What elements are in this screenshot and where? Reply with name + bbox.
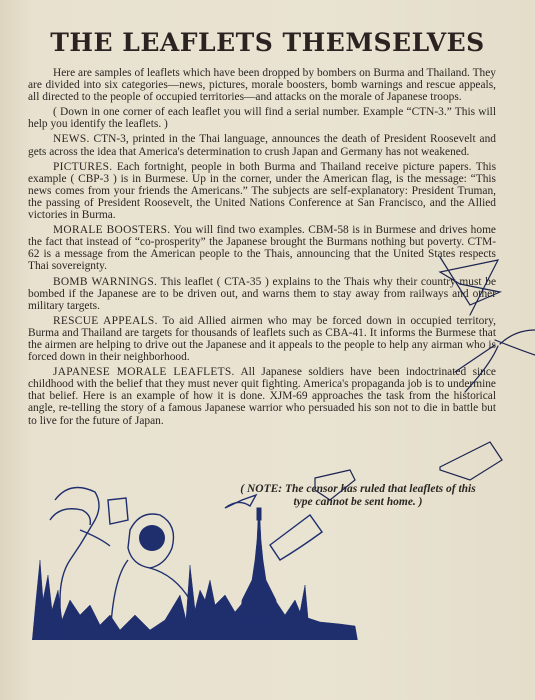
paragraph-intro: Here are samples of leaflets which have … (28, 67, 496, 103)
page-title: THE LEAFLETS THEMSELVES (0, 28, 535, 57)
paragraph-morale-boosters: MORALE BOOSTERS. You will find two examp… (28, 224, 496, 272)
paragraph-text: ( Down in one corner of each leaflet you… (28, 106, 496, 130)
leaflet-held-icon (108, 498, 128, 524)
pagoda-icon (240, 520, 278, 620)
section-lead: RESCUE APPEALS. (53, 315, 158, 327)
section-lead: NEWS. (53, 133, 90, 145)
jungle-silhouette-icon (32, 560, 358, 640)
body-text: Here are samples of leaflets which have … (28, 67, 496, 430)
paragraph-japanese-morale: JAPANESE MORALE LEAFLETS. All Japanese s… (28, 366, 496, 426)
paragraph-pictures: PICTURES. Each fortnight, people in both… (28, 161, 496, 221)
paragraph-rescue-appeals: RESCUE APPEALS. To aid Allied airmen who… (28, 315, 496, 363)
section-lead: PICTURES. (53, 161, 112, 173)
leaflet-floating-icon (270, 515, 322, 560)
illustration (0, 480, 535, 640)
paragraph-text: Here are samples of leaflets which have … (28, 67, 496, 103)
section-lead: BOMB WARNINGS. (53, 276, 157, 288)
paragraph-news: NEWS. CTN-3, printed in the Thai languag… (28, 133, 496, 157)
document-page: THE LEAFLETS THEMSELVES Here are samples… (0, 0, 535, 700)
leaflet-floating-icon (225, 495, 256, 508)
section-lead: JAPANESE MORALE LEAFLETS. (53, 366, 235, 378)
paragraph-serial-note: ( Down in one corner of each leaflet you… (28, 106, 496, 130)
paragraph-text: CTN-3, printed in the Thai language, ann… (28, 133, 496, 157)
paragraph-bomb-warnings: BOMB WARNINGS. This leaflet ( CTA-35 ) e… (28, 276, 496, 312)
pen-scribble-icon (440, 442, 502, 480)
section-lead: MORALE BOOSTERS. (53, 224, 170, 236)
